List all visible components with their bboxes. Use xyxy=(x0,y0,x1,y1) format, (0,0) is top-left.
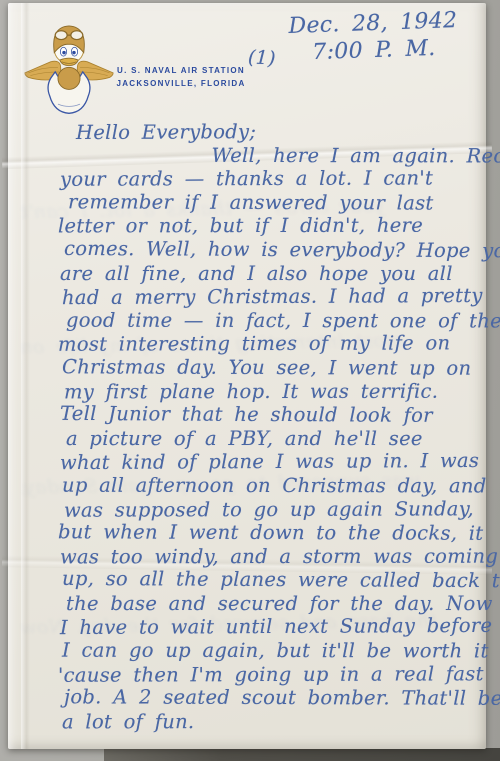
letter-line: had a merry Christmas. I had a pretty xyxy=(62,284,480,310)
nas-jacksonville-duck-logo-icon xyxy=(22,14,116,117)
letterhead-station-name: U. S. NAVAL AIR STATION JACKSONVILLE, FL… xyxy=(114,64,248,90)
letter-line: I have to wait until next Sunday before xyxy=(60,614,480,640)
letter-line: Hello Everybody; xyxy=(76,119,480,145)
letter-line: Well, here I am again. Recieved xyxy=(62,143,480,167)
letter-line: was too windy, and a storm was coming xyxy=(60,544,480,568)
letter-line: are all fine, and I also hope you all xyxy=(60,262,480,286)
letterhead-line2: JACKSONVILLE, FLORIDA xyxy=(114,77,248,90)
letter-body: Hello Everybody; Well, here I am again. … xyxy=(62,120,480,733)
letterhead-line1: U. S. NAVAL AIR STATION xyxy=(114,64,248,77)
letter-line: the base and secured for the day. Now xyxy=(66,592,480,616)
letter-line: up, so all the planes were called back t… xyxy=(62,567,480,593)
letter-line: Christmas day. You see, I went up on xyxy=(62,355,480,380)
letter-line: Tell Junior that he should look for xyxy=(60,402,480,428)
letter-line: my first plane hop. It was terrific. xyxy=(64,379,480,403)
letter-line: 'cause then I'm going up in a real fast xyxy=(58,662,480,687)
letter-line: a picture of a PBY, and he'll see xyxy=(66,427,480,451)
letter-line: was supposed to go up again Sunday, xyxy=(64,497,480,522)
letter-line: I can go up again, but it'll be worth it xyxy=(62,639,480,663)
letter-line: comes. Well, how is everybody? Hope you xyxy=(64,237,480,263)
letter-line: what kind of plane I was up in. I was xyxy=(60,449,480,475)
letter-line: but when I went down to the docks, it xyxy=(58,520,480,545)
letter-line: up all afternoon on Christmas day, and xyxy=(62,474,480,498)
letter-line: your cards — thanks a lot. I can't xyxy=(60,166,480,191)
letter-line: good time — in fact, I spent one of the xyxy=(66,308,480,332)
page-number: (1) xyxy=(247,46,276,69)
time-line: 7:00 P. M. xyxy=(289,34,459,67)
letter-line: a lot of fun. xyxy=(62,709,480,733)
letter-line: remember if I answered your last xyxy=(68,190,480,215)
letter-paper: U. S. NAVAL AIR STATION JACKSONVILLE, FL… xyxy=(8,3,486,749)
date-block: Dec. 28, 1942 7:00 P. M. xyxy=(288,7,459,67)
letter-line: job. A 2 seated scout bomber. That'll be xyxy=(64,686,480,711)
letter-line: letter or not, but if I didn't, here xyxy=(58,214,480,238)
letter-line: most interesting times of my life on xyxy=(58,332,480,357)
table-edge-shadow xyxy=(104,748,500,761)
